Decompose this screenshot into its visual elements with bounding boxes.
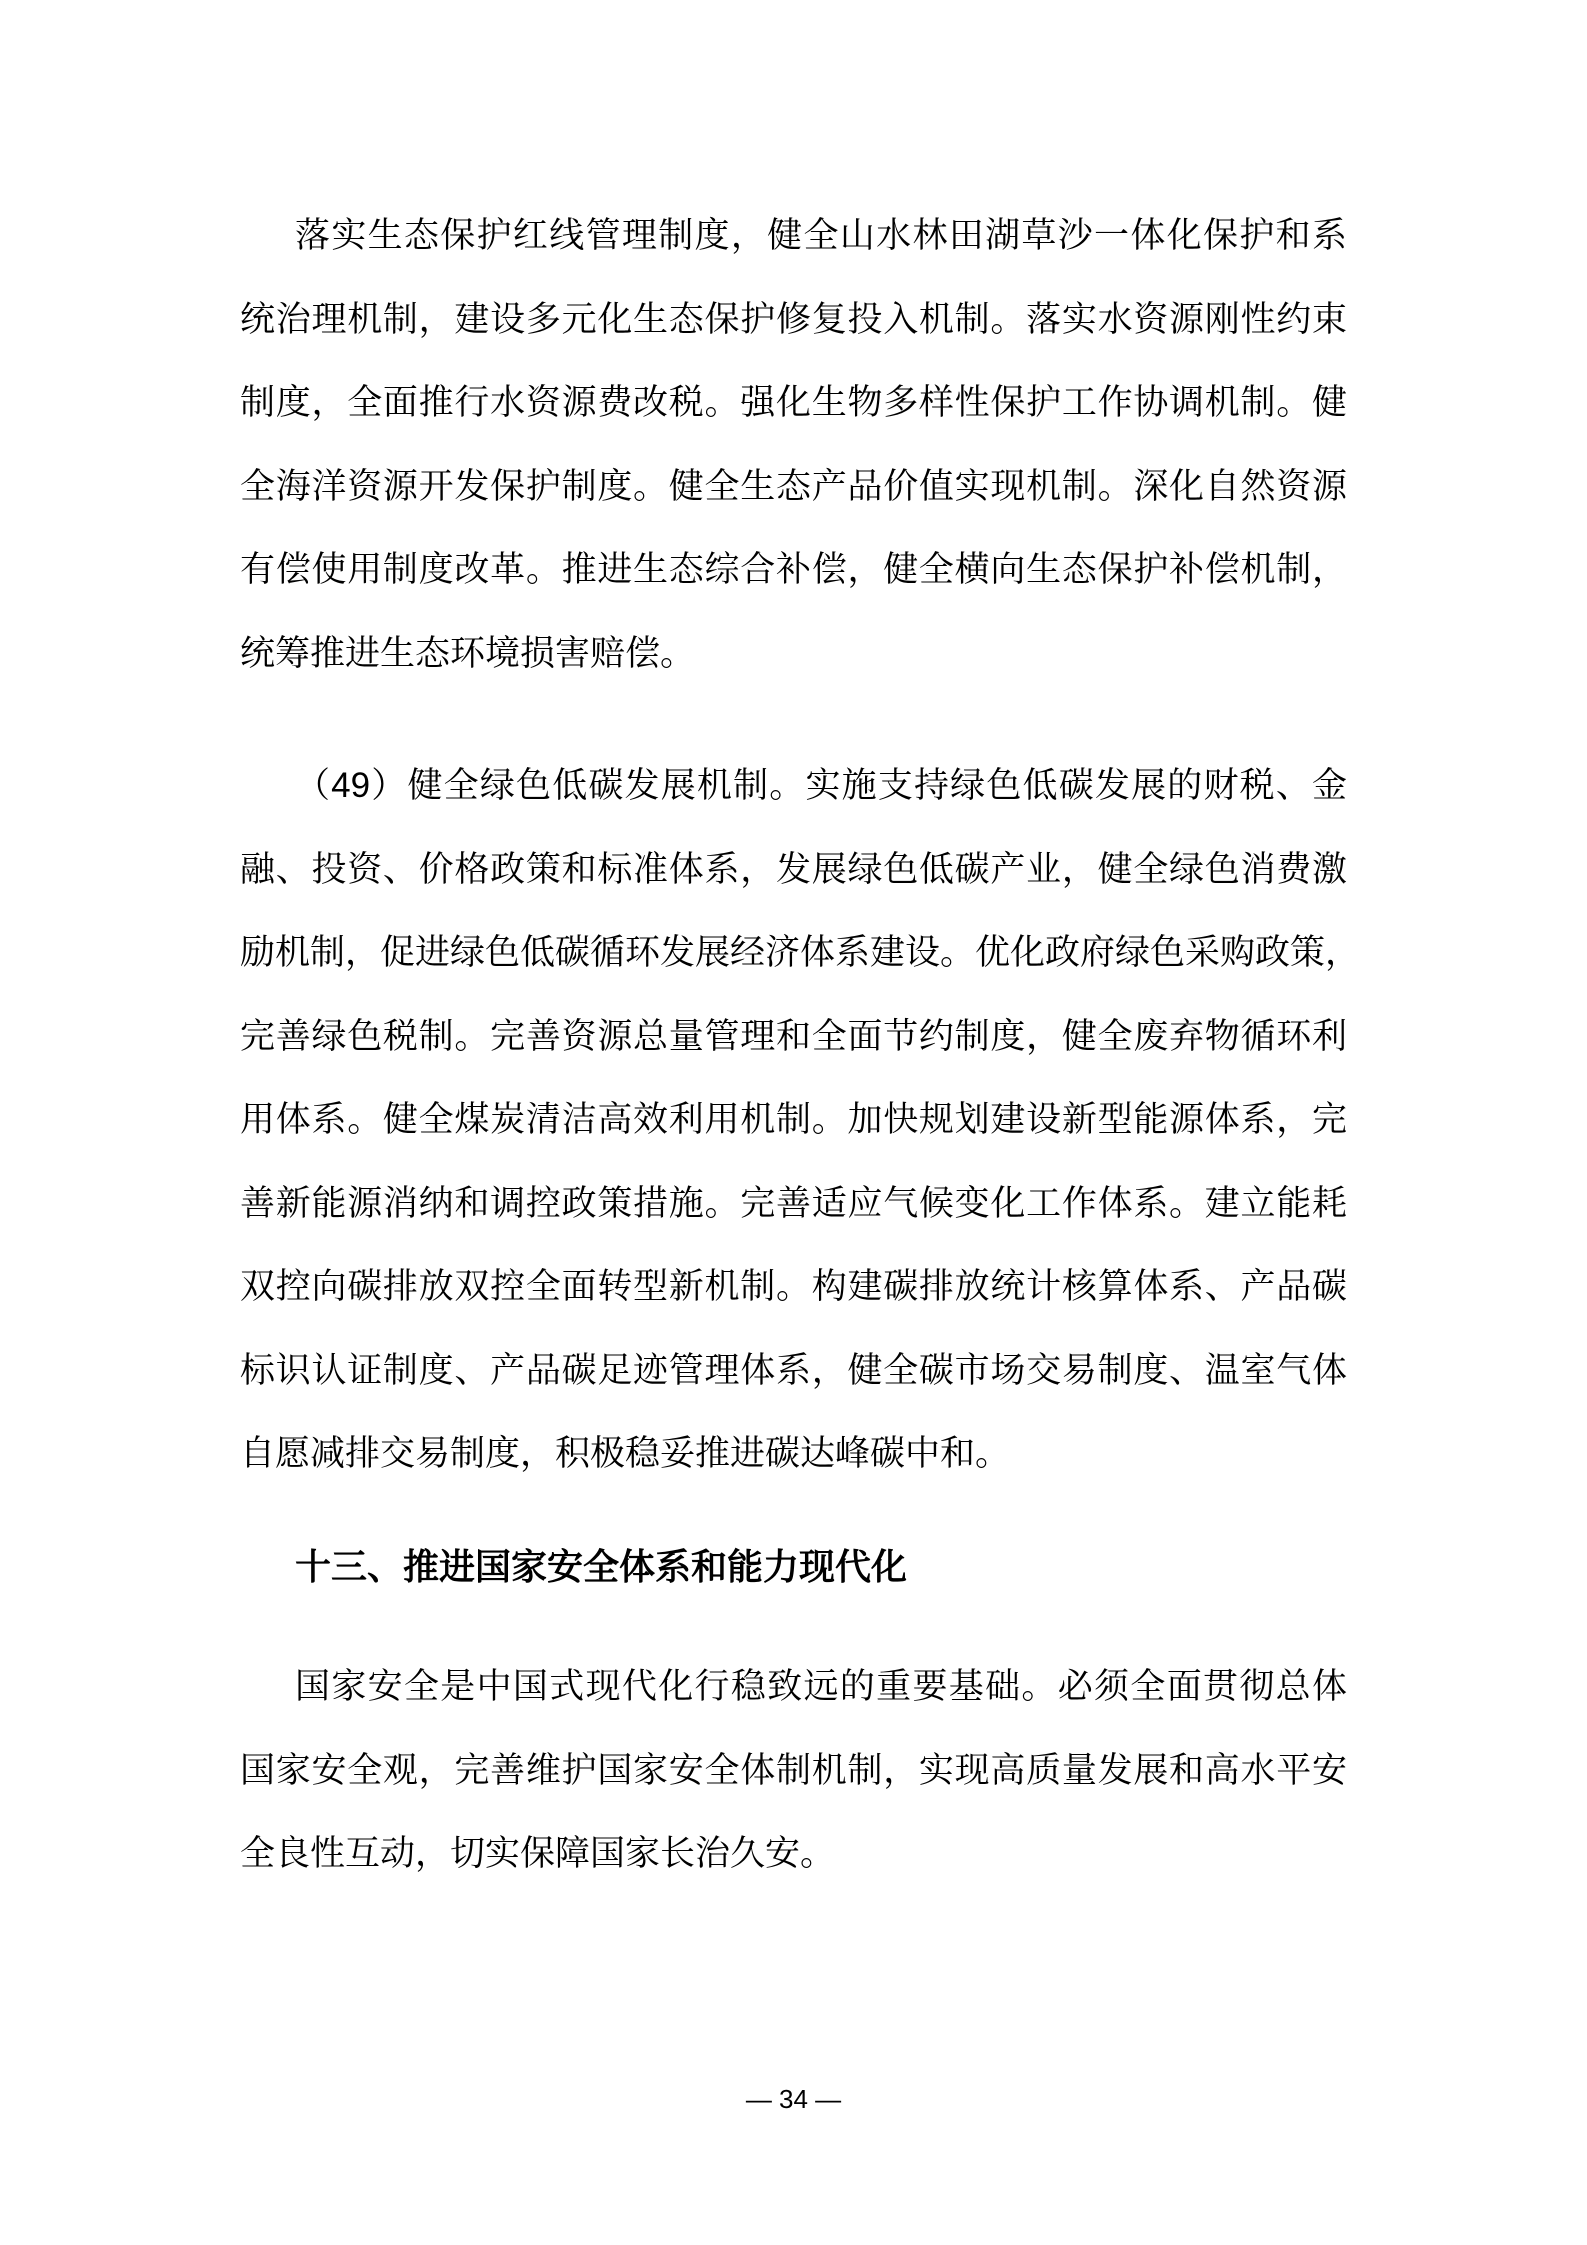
text-line: 善新能源消纳和调控政策措施。完善适应气候变化工作体系。建立能耗 — [240, 1162, 1347, 1246]
text-line: 用体系。健全煤炭清洁高效利用机制。加快规划建设新型能源体系，完 — [240, 1078, 1347, 1162]
paragraph-ecological-protection: 落实生态保护红线管理制度，健全山水林田湖草沙一体化保护和系 统治理机制，建设多元… — [240, 194, 1347, 695]
text-line: 统筹推进生态环境损害赔偿。 — [240, 612, 1347, 696]
text-line: 融、投资、价格政策和标准体系，发展绿色低碳产业，健全绿色消费激 — [240, 828, 1347, 912]
text-line: 国家安全是中国式现代化行稳致远的重要基础。必须全面贯彻总体 — [240, 1645, 1347, 1729]
paragraph-49-green-low-carbon: （49）健全绿色低碳发展机制。实施支持绿色低碳发展的财税、金 融、投资、价格政策… — [240, 744, 1347, 1496]
section-heading-13: 十三、推进国家安全体系和能力现代化 — [240, 1525, 1347, 1609]
text-line: 国家安全观，完善维护国家安全体制机制，实现高质量发展和高水平安 — [240, 1729, 1347, 1813]
document-page: 落实生态保护红线管理制度，健全山水林田湖草沙一体化保护和系 统治理机制，建设多元… — [0, 0, 1587, 2245]
text-line: 落实生态保护红线管理制度，健全山水林田湖草沙一体化保护和系 — [240, 194, 1347, 278]
text-line: 全海洋资源开发保护制度。健全生态产品价值实现机制。深化自然资源 — [240, 445, 1347, 529]
text-line: 标识认证制度、产品碳足迹管理体系，健全碳市场交易制度、温室气体 — [240, 1329, 1347, 1413]
text-line: （49）健全绿色低碳发展机制。实施支持绿色低碳发展的财税、金 — [240, 744, 1347, 828]
document-content: 落实生态保护红线管理制度，健全山水林田湖草沙一体化保护和系 统治理机制，建设多元… — [240, 0, 1347, 1896]
paragraph-national-security: 国家安全是中国式现代化行稳致远的重要基础。必须全面贯彻总体 国家安全观，完善维护… — [240, 1645, 1347, 1896]
text-line: 自愿减排交易制度，积极稳妥推进碳达峰碳中和。 — [240, 1412, 1347, 1496]
text-line: 全良性互动，切实保障国家长治久安。 — [240, 1812, 1347, 1896]
text-line: 完善绿色税制。完善资源总量管理和全面节约制度，健全废弃物循环利 — [240, 995, 1347, 1079]
text-line: 统治理机制，建设多元化生态保护修复投入机制。落实水资源刚性约束 — [240, 278, 1347, 362]
text-line: 励机制，促进绿色低碳循环发展经济体系建设。优化政府绿色采购政策， — [240, 911, 1347, 995]
text-line: 制度，全面推行水资源费改税。强化生物多样性保护工作协调机制。健 — [240, 361, 1347, 445]
page-number: — 34 — — [0, 2084, 1587, 2114]
text-line: 双控向碳排放双控全面转型新机制。构建碳排放统计核算体系、产品碳 — [240, 1245, 1347, 1329]
text-line: 有偿使用制度改革。推进生态综合补偿，健全横向生态保护补偿机制， — [240, 528, 1347, 612]
